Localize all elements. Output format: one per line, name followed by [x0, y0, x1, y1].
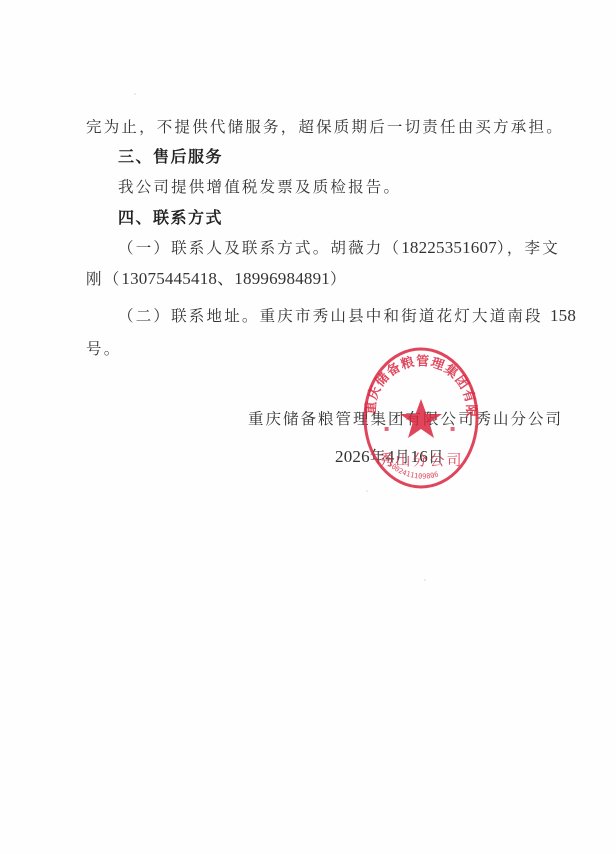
paragraph-contact-person-continued: 刚（13075445418、18996984891）: [86, 269, 348, 289]
paragraph-text: 我公司提供增值税发票及质检报告。: [118, 178, 401, 196]
signature-organization: 重庆储备粮管理集团有限公司秀山分公司: [248, 409, 563, 429]
paragraph-text: （一）联系人及联系方式。胡薇力（: [118, 239, 401, 257]
document-page: 完为止，不提供代储服务，超保质期后一切责任由买方承担。 三、售后服务 我公司提供…: [0, 0, 616, 854]
date-month: 4: [386, 447, 395, 466]
section-heading-contact: 四、联系方式: [118, 208, 223, 228]
heading-text: 三、售后服务: [118, 147, 223, 166]
paragraph-contact-person: （一）联系人及联系方式。胡薇力（18225351607），李文: [118, 238, 560, 258]
paragraph-after-sales: 我公司提供增值税发票及质检报告。: [118, 177, 401, 197]
paragraph-text: ），李文: [497, 239, 560, 257]
scan-speck: [366, 490, 368, 492]
organization-name: 重庆储备粮管理集团有限公司秀山分公司: [248, 410, 563, 428]
paragraph-contact-address: （二）联系地址。重庆市秀山县中和街道花灯大道南段 158: [118, 306, 576, 326]
seal-outer-text: 重庆储备粮管理集团有限公司: [362, 343, 478, 418]
section-heading-after-sales: 三、售后服务: [118, 147, 223, 167]
date-text: 日: [428, 448, 444, 466]
date-text: 月: [395, 448, 411, 466]
date-day: 16: [411, 447, 428, 466]
date-text: 年: [370, 448, 386, 466]
phone-numbers: 13075445418、18996984891: [121, 269, 330, 288]
scan-speck: [424, 579, 426, 581]
phone-number: 18225351607: [401, 238, 497, 257]
paragraph-text: 完为止，不提供代储服务，超保质期后一切责任由买方承担。: [86, 118, 564, 136]
paragraph-continuation: 完为止，不提供代储服务，超保质期后一切责任由买方承担。: [86, 117, 564, 137]
paragraph-text: ）: [330, 270, 348, 288]
heading-text: 四、联系方式: [118, 208, 223, 227]
date-year: 2026: [335, 447, 370, 466]
paragraph-text: （二）联系地址。重庆市秀山县中和街道花灯大道南段: [118, 307, 550, 325]
signature-date: 2026年4月16日: [335, 447, 444, 467]
scan-speck: [134, 93, 136, 95]
paragraph-text: 刚（: [86, 270, 121, 288]
paragraph-contact-address-continued: 号。: [86, 339, 121, 359]
address-number: 158: [550, 306, 576, 325]
svg-text:重庆储备粮管理集团有限公司: 重庆储备粮管理集团有限公司: [362, 343, 478, 418]
paragraph-text: 号。: [86, 340, 121, 358]
